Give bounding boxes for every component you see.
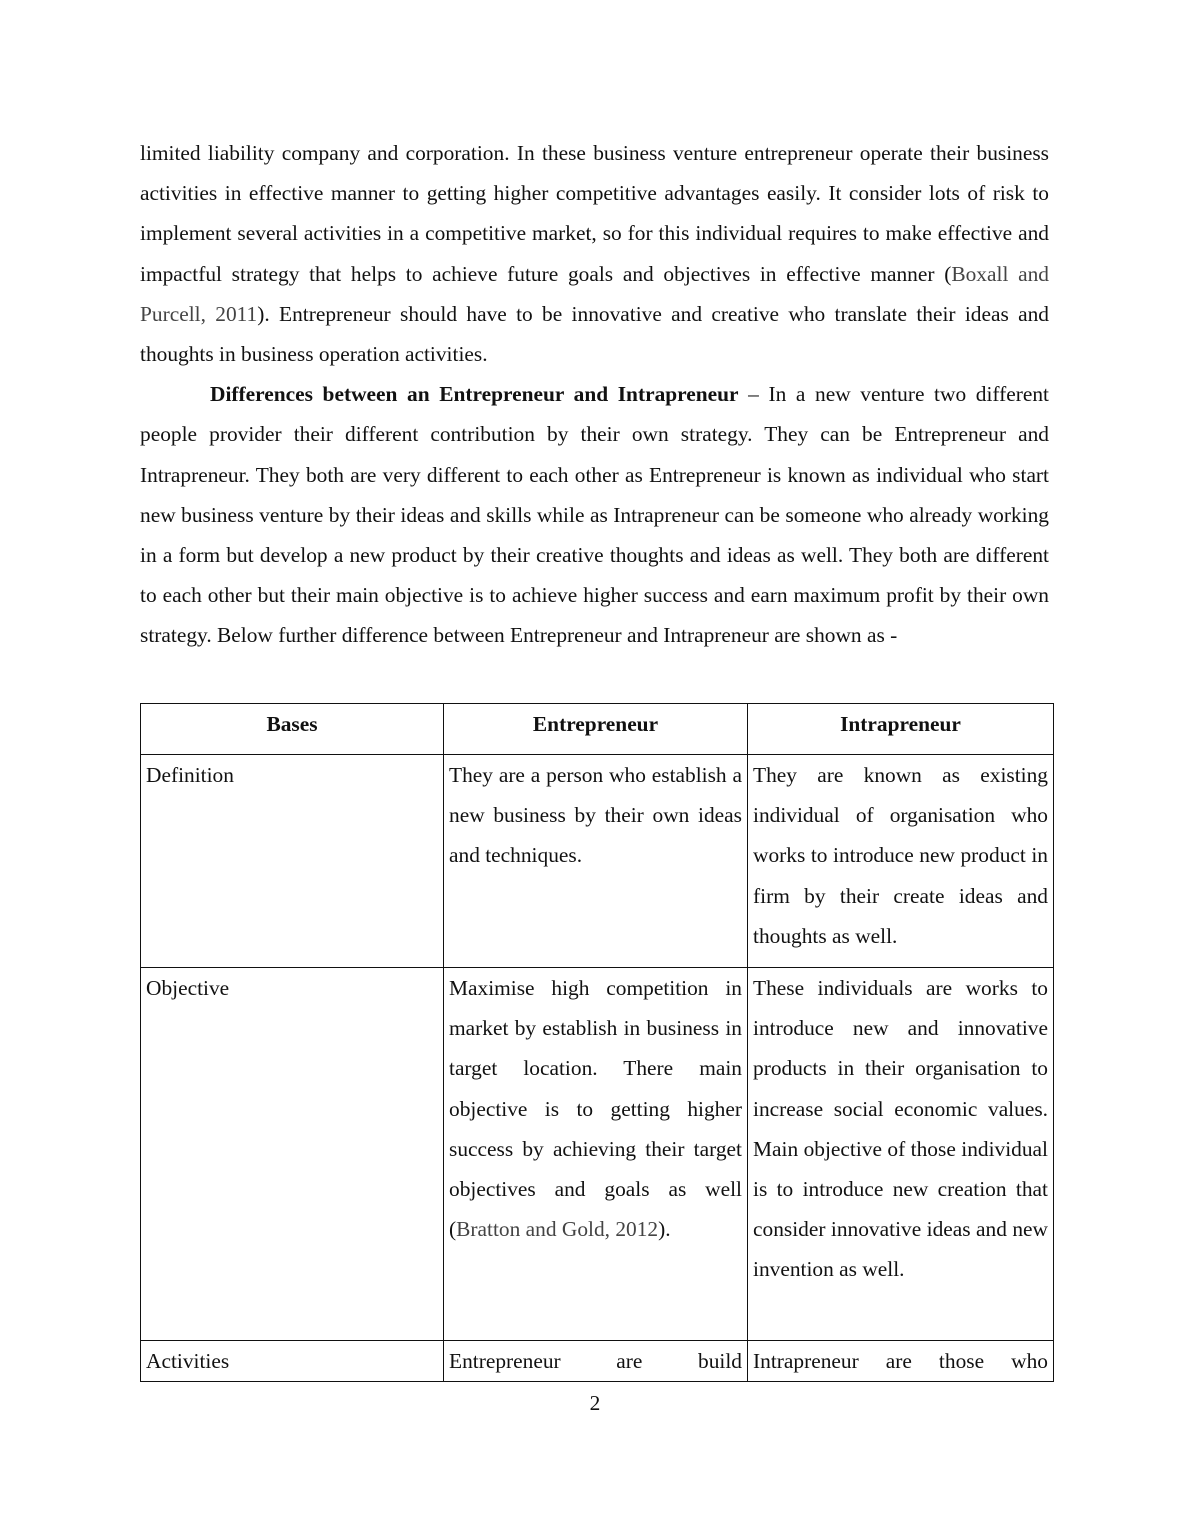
page-number: 2 bbox=[0, 1388, 1190, 1418]
table-row: Activities Entrepreneur are build Intrap… bbox=[141, 1341, 1054, 1382]
paragraph-text: – In a new venture two different people … bbox=[140, 382, 1049, 647]
cell-basis: Activities bbox=[141, 1341, 444, 1382]
comparison-table: Bases Entrepreneur Intrapreneur Definiti… bbox=[140, 703, 1054, 1382]
section-heading-inline: Differences between an Entrepreneur and … bbox=[210, 382, 739, 406]
cell-intrapreneur: They are known as existing individual of… bbox=[748, 755, 1054, 968]
citation-bratton-gold: Bratton and Gold, 2012 bbox=[456, 1217, 658, 1241]
cell-entrepreneur: Maximise high competition in market by e… bbox=[444, 968, 748, 1341]
header-intrapreneur: Intrapreneur bbox=[748, 704, 1054, 755]
cell-basis: Definition bbox=[141, 755, 444, 968]
cell-entrepreneur: Entrepreneur are build bbox=[444, 1341, 748, 1382]
table-row: Objective Maximise high competition in m… bbox=[141, 968, 1054, 1341]
cell-intrapreneur: These individuals are works to introduce… bbox=[748, 968, 1054, 1341]
paragraph-text: ). Entrepreneur should have to be innova… bbox=[140, 302, 1049, 366]
document-body: limited liability company and corporatio… bbox=[140, 133, 1049, 656]
table-row: Definition They are a person who establi… bbox=[141, 755, 1054, 968]
paragraph-intro: limited liability company and corporatio… bbox=[140, 133, 1049, 374]
header-entrepreneur: Entrepreneur bbox=[444, 704, 748, 755]
cell-entrepreneur: They are a person who establish a new bu… bbox=[444, 755, 748, 968]
paragraph-differences: Differences between an Entrepreneur and … bbox=[140, 374, 1049, 655]
cell-basis: Objective bbox=[141, 968, 444, 1341]
table-header-row: Bases Entrepreneur Intrapreneur bbox=[141, 704, 1054, 755]
cell-intrapreneur: Intrapreneur are those who bbox=[748, 1341, 1054, 1382]
paragraph-text: limited liability company and corporatio… bbox=[140, 141, 1049, 286]
header-bases: Bases bbox=[141, 704, 444, 755]
